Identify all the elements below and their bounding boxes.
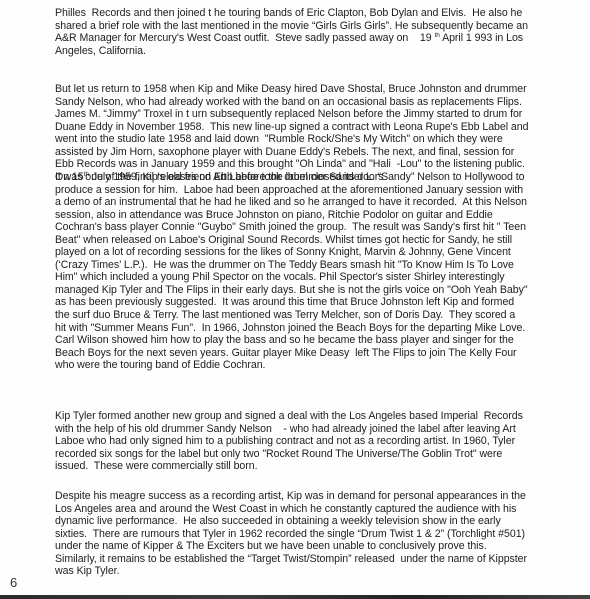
- paragraph-3: On 15th July 1959, Kip's old friend Art …: [55, 171, 575, 372]
- document-page: Philles Records and then joined t he tou…: [0, 0, 590, 599]
- paragraph-5: Despite his meagre success as a recordin…: [55, 490, 575, 578]
- paragraph-1: Philles Records and then joined t he tou…: [55, 7, 575, 57]
- text-line: Sandy Nelson, who had already worked wit…: [55, 96, 575, 109]
- text-line: A&R Manager for Mercury's West Coast out…: [55, 32, 575, 45]
- scan-bottom-edge: [0, 595, 590, 599]
- text-line: Duane Eddy in November 1958. This new li…: [55, 121, 575, 134]
- text-line: But let us return to 1958 when Kip and M…: [55, 83, 575, 96]
- text-line: issued. These were commercially still bo…: [55, 460, 575, 473]
- page-number: 6: [10, 575, 17, 590]
- paragraph-2: But let us return to 1958 when Kip and M…: [55, 83, 575, 183]
- text-line: hit with "Summer Means Fun". In 1966, Jo…: [55, 322, 575, 335]
- text-line: Similarly, it remains to be established …: [55, 553, 575, 566]
- text-line: On 15th July 1959, Kip's old friend Art …: [55, 171, 575, 184]
- text-line: Cochran's bass player Connie "Guybo" Smi…: [55, 221, 575, 234]
- text-line: (‘Crazy Times’ L.P.). He was the drummer…: [55, 259, 575, 272]
- text-line-tail: April 1 993 in Los: [440, 32, 523, 44]
- text-line: Beach Boys for the next seven years. Gui…: [55, 347, 575, 360]
- text-line-head: A&R Manager for Mercury's West Coast out…: [55, 32, 434, 44]
- text-line: Him" which included a young Phil Spector…: [55, 271, 575, 284]
- text-line: Angeles, California.: [55, 45, 575, 58]
- text-line: shared a brief role with the last mentio…: [55, 20, 575, 33]
- text-line-tail: July 1959, Kip's old friend Art Laboe to…: [89, 171, 525, 183]
- paragraph-4: Kip Tyler formed another new group and s…: [55, 410, 575, 473]
- text-line: the surf duo Bruce & Terry. The last men…: [55, 309, 575, 322]
- text-line: went into the studio late 1958 and laid …: [55, 133, 575, 146]
- text-line: recorded six songs for the label but onl…: [55, 448, 575, 461]
- text-line: session, also in attendance was Bruce Jo…: [55, 209, 575, 222]
- text-line: Ebb Records was in January 1959 and this…: [55, 158, 575, 171]
- text-line: who were the touring band of Eddie Cochr…: [55, 359, 575, 372]
- text-line: James M. “Jimmy” Troxel in t urn subsequ…: [55, 108, 575, 121]
- text-line: with the help of his old drummer Sandy N…: [55, 423, 575, 436]
- text-line: Beat" when released on Laboe's Original …: [55, 234, 575, 247]
- text-line: played on a lot of recording sessions fo…: [55, 246, 575, 259]
- text-line: under the name of Kipper & The Exciters …: [55, 540, 575, 553]
- text-line-head: On 15: [55, 171, 84, 183]
- text-line: Laboe who had only signed him to a publi…: [55, 435, 575, 448]
- text-line: Despite his meagre success as a recordin…: [55, 490, 575, 503]
- text-line: sixties. There are rumours that Tyler in…: [55, 528, 575, 541]
- text-line: managed Kip Tyler and The Flips in their…: [55, 284, 575, 297]
- text-line: dynamic live performance. He also succee…: [55, 515, 575, 528]
- text-line: Los Angeles area and around the West Coa…: [55, 503, 575, 516]
- text-line: Kip Tyler formed another new group and s…: [55, 410, 575, 423]
- text-line: a demo of an instrumental that he had he…: [55, 196, 575, 209]
- text-line: was Kip Tyler.: [55, 565, 575, 578]
- text-line: Carl Wilson showed him how to play the b…: [55, 334, 575, 347]
- text-line: produce a session for him. Laboe had bee…: [55, 184, 575, 197]
- text-line: assisted by Jim Horn, saxophone player w…: [55, 146, 575, 159]
- text-line: as has been previously suggested. It was…: [55, 296, 575, 309]
- text-line: Philles Records and then joined t he tou…: [55, 7, 575, 20]
